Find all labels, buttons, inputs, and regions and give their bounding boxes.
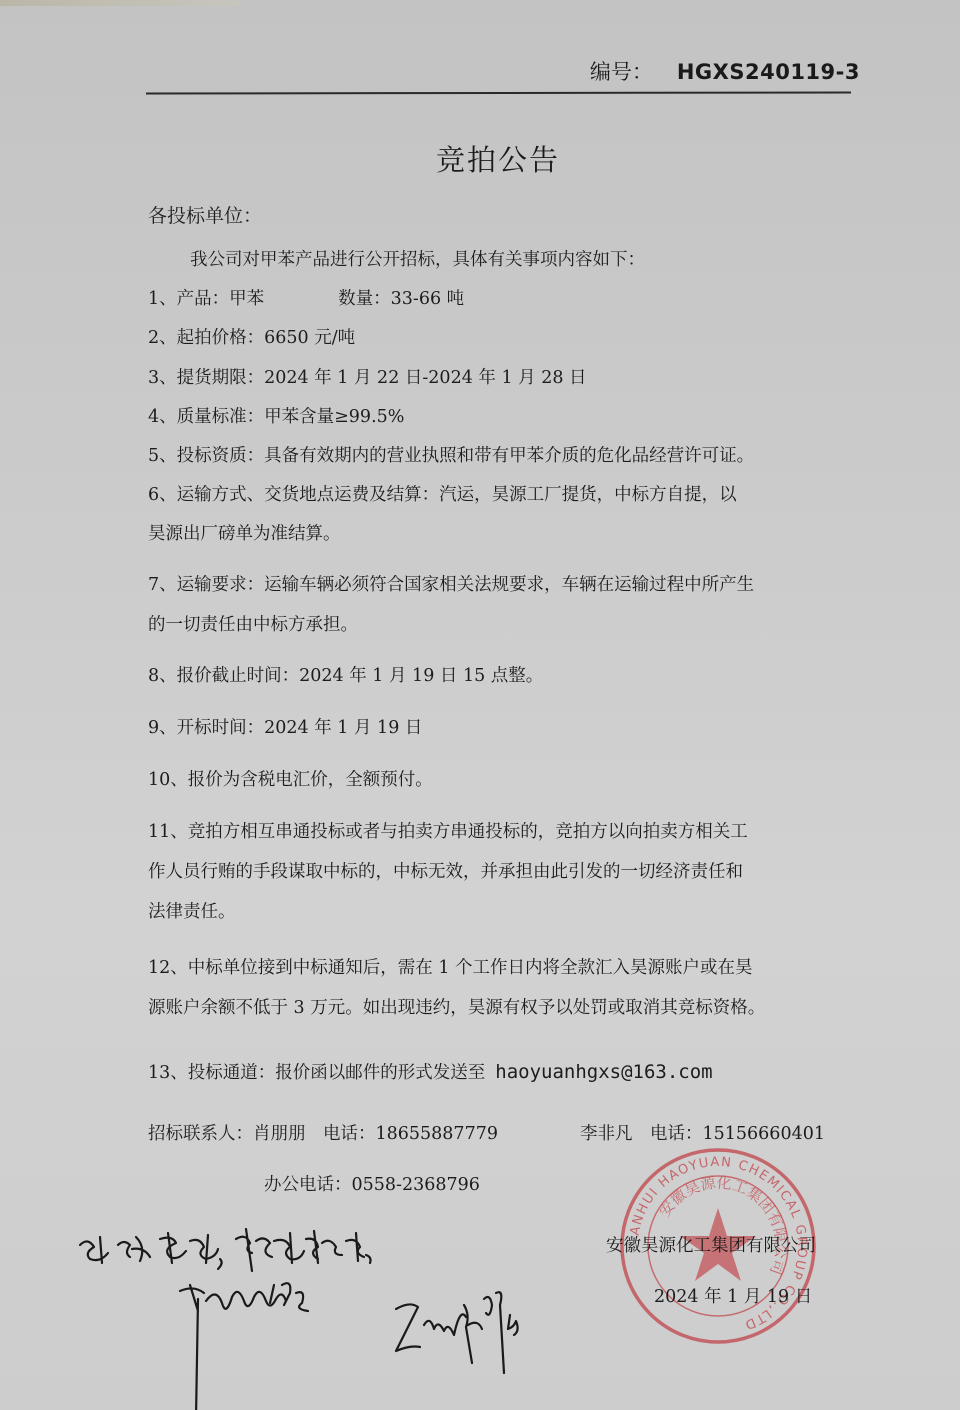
item-12-line-2: 源账户余额不低于 3 万元。如出现违约，昊源有权予以处罚或取消其竞标资格。 [148,998,860,1019]
item-6-line-1: 6、运输方式、交货地点运费及结算：汽运，昊源工厂提货，中标方自提，以 [148,485,860,506]
document-number-value: HGXS240119-3 [677,60,860,84]
item-6-line-2: 昊源出厂磅单为准结算。 [148,524,860,545]
item-7-line-2: 的一切责任由中标方承担。 [148,615,860,636]
issue-date: 2024 年 1 月 19 日 [654,1283,812,1308]
item-13-bid-channel: 13、投标通道：报价函以邮件的形式发送至haoyuanhgxs@163.com [148,1061,860,1084]
paper-edge-artifact [0,0,240,6]
item-11-line-3: 法律责任。 [148,902,860,923]
item-1-product: 1、产品：甲苯 [148,289,264,309]
item-7-line-1: 7、运输要求：运输车辆必须符合国家相关法规要求，车辆在运输过程中所产生 [148,575,860,596]
contact-person-2: 李非凡 电话：15156660401 [580,1124,825,1145]
contact-person-1: 招标联系人：肖朋朋 电话：18655887779 [148,1124,498,1145]
item-2-start-price: 2、起拍价格：6650 元/吨 [148,328,860,349]
document-number: 编号：HGXS240119-3 [590,56,860,86]
item-1-quantity: 数量：33-66 吨 [338,289,464,309]
document-title: 竞拍公告 [0,138,960,179]
item-4-quality-standard: 4、质量标准：甲苯含量≥99.5% [148,407,860,428]
item-10-payment-terms: 10、报价为含税电汇价，全额预付。 [148,770,860,791]
document-page: 编号：HGXS240119-3 竞拍公告 各投标单位： 我公司对甲苯产品进行公开… [0,0,960,1410]
item-5-qualification: 5、投标资质：具备有效期内的营业执照和带有甲苯介质的危化品经营许可证。 [148,446,860,467]
document-number-label: 编号： [590,60,653,84]
issuing-company: 安徽昊源化工集团有限公司 [606,1232,816,1257]
item-3-pickup-period: 3、提货期限：2024 年 1 月 22 日-2024 年 1 月 28 日 [148,368,860,389]
office-phone: 办公电话：0558-2368796 [264,1175,480,1196]
item-1: 1、产品：甲苯数量：33-66 吨 [148,289,860,310]
item-13-text: 13、投标通道：报价函以邮件的形式发送至 [148,1063,485,1083]
intro-paragraph: 我公司对甲苯产品进行公开招标，具体有关事项内容如下： [190,250,902,271]
bid-email-address[interactable]: haoyuanhgxs@163.com [495,1061,712,1083]
header-divider [146,92,851,95]
item-12-line-1: 12、中标单位接到中标通知后，需在 1 个工作日内将全款汇入昊源账户或在昊 [148,958,860,979]
item-11-line-2: 作人员行贿的手段谋取中标的，中标无效，并承担由此引发的一切经济责任和 [148,862,860,883]
item-8-quote-deadline: 8、报价截止时间：2024 年 1 月 19 日 15 点整。 [148,666,860,687]
item-9-opening-time: 9、开标时间：2024 年 1 月 19 日 [148,718,860,739]
item-11-line-1: 11、竞拍方相互串通投标或者与拍卖方串通投标的，竞拍方以向拍卖方相关工 [148,822,860,843]
handwritten-recommendation-text: 建议竞拍，请领导批示。 [78,1226,320,1257]
salutation: 各投标单位： [148,201,262,228]
